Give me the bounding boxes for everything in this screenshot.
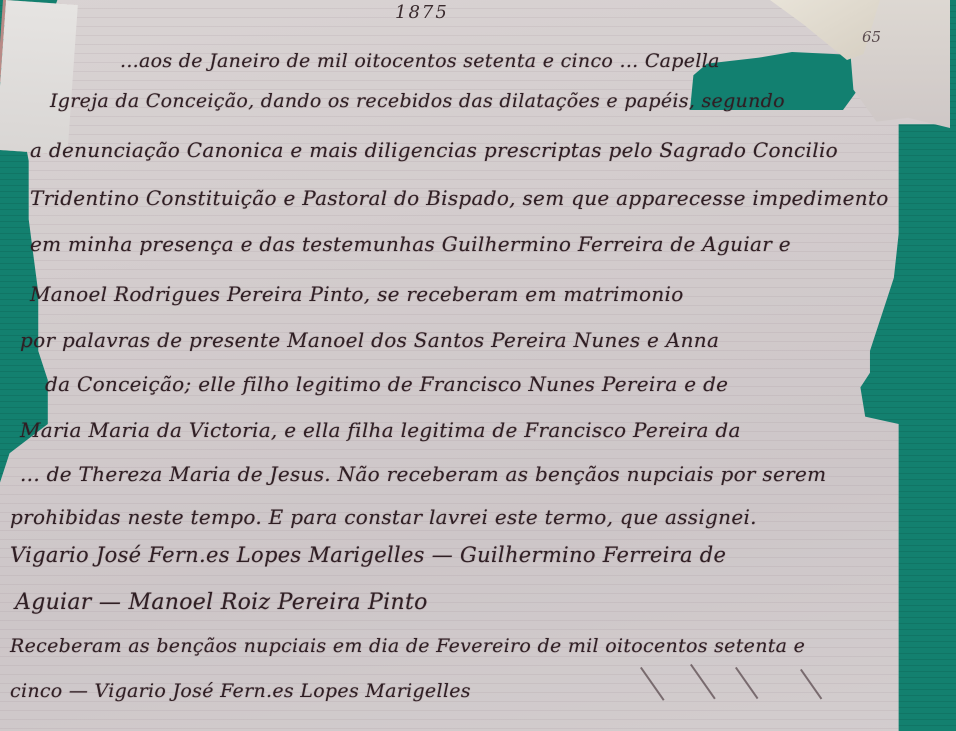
text-line: Manoel Rodrigues Pereira Pinto, se receb…: [30, 282, 684, 306]
left-paper-tab: [0, 0, 78, 155]
text-line: da Conceição; elle filho legitimo de Fra…: [45, 372, 728, 396]
signature-line: Vigario José Fern.es Lopes Marigelles — …: [10, 543, 726, 567]
signature-line: Aguiar — Manoel Roiz Pereira Pinto: [15, 590, 428, 615]
text-line: prohibidas neste tempo. E para constar l…: [10, 505, 757, 529]
text-line: ...aos de Janeiro de mil oitocentos sete…: [120, 50, 720, 72]
text-line: por palavras de presente Manoel dos Sant…: [20, 328, 719, 352]
signature-line: cinco — Vigario José Fern.es Lopes Marig…: [10, 680, 471, 702]
text-line: Receberam as bençãos nupciais em dia de …: [10, 635, 805, 657]
header-year: 1875: [395, 2, 449, 23]
text-line: em minha presença e das testemunhas Guil…: [30, 232, 791, 256]
text-line: Maria Maria da Victoria, e ella filha le…: [20, 418, 741, 442]
text-line: a denunciação Canonica e mais diligencia…: [30, 138, 838, 162]
text-line: Igreja da Conceição, dando os recebidos …: [50, 90, 785, 112]
text-line: ... de Thereza Maria de Jesus. Não receb…: [20, 462, 826, 486]
page-number: 65: [862, 28, 881, 46]
text-line: Tridentino Constituição e Pastoral do Bi…: [30, 186, 889, 210]
